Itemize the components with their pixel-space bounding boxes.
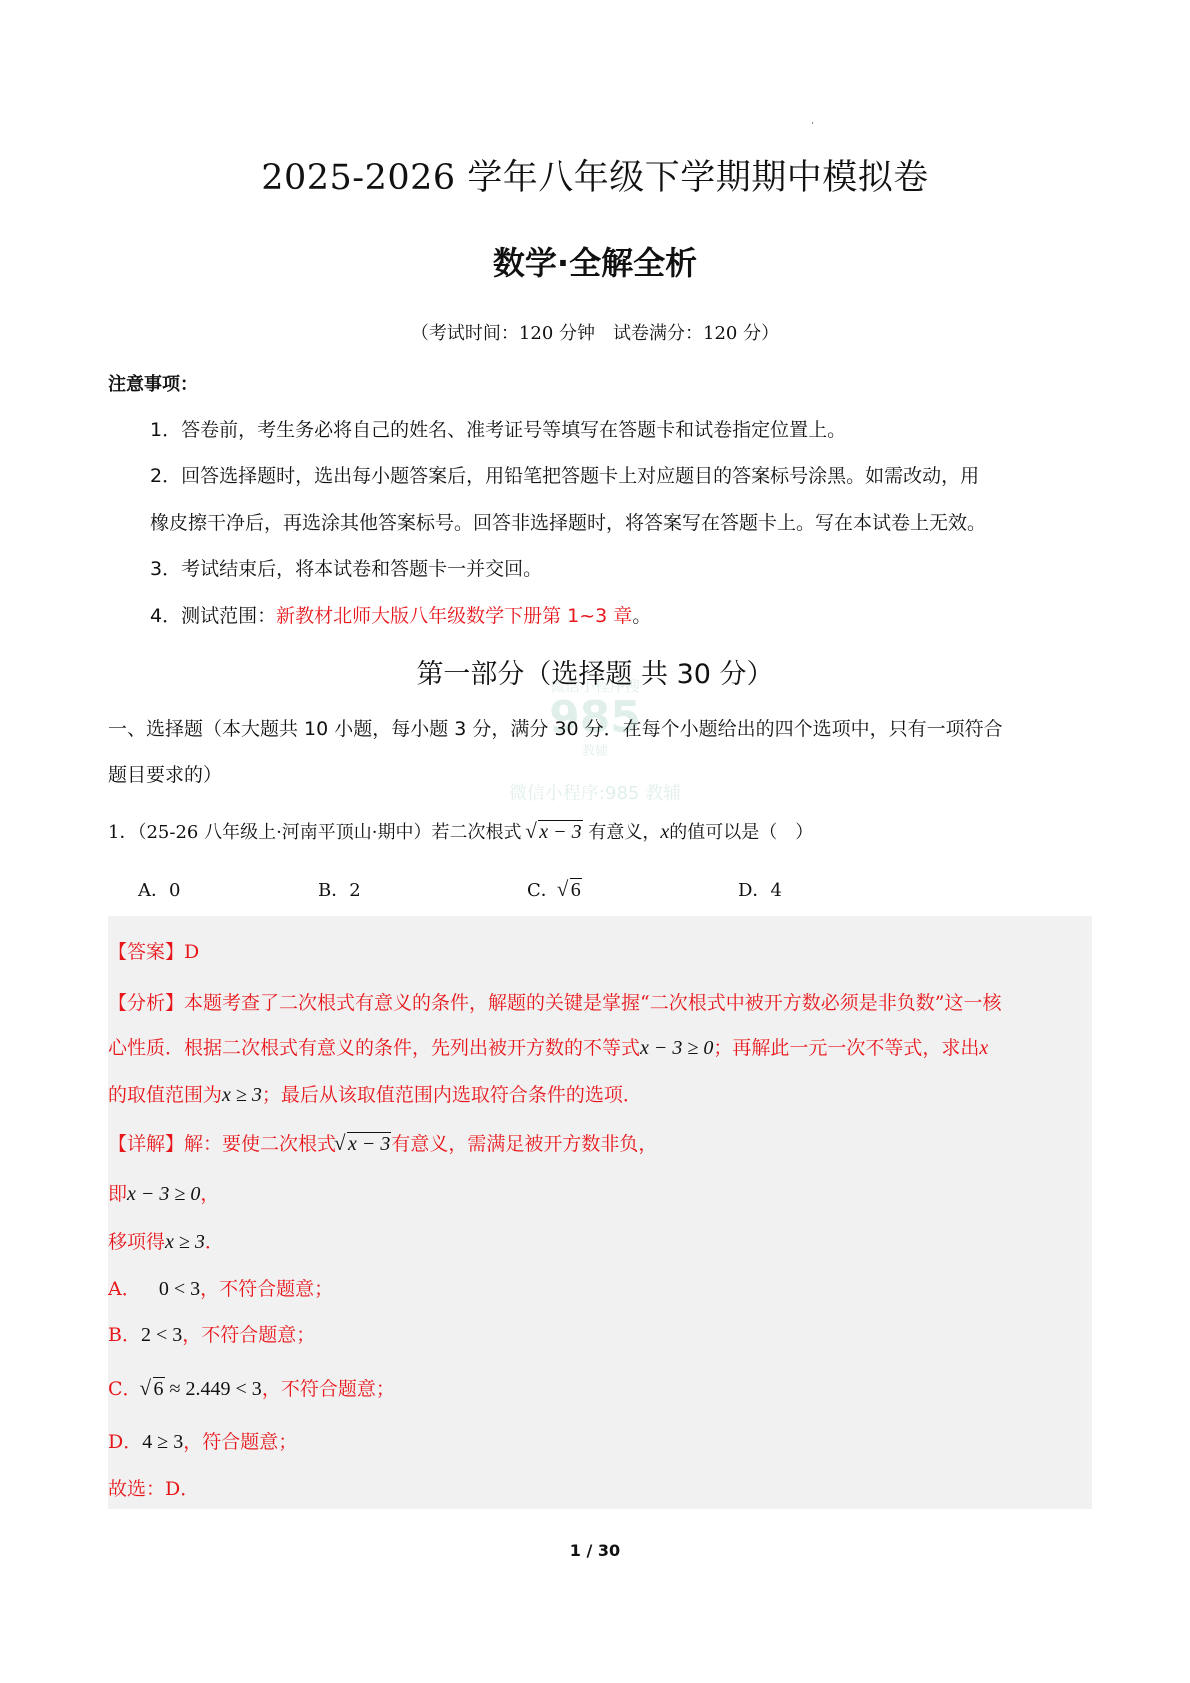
notice-heading: 注意事项： [108, 370, 198, 396]
variable-x: x [979, 1037, 988, 1059]
step-2-a: 移项得 [108, 1231, 165, 1253]
watermark: 微信小程序搜 985 教辅 微信小程序:985 教辅 [480, 675, 710, 835]
check-c: C．6 ≈ 2.449 < 3，不符合题意； [108, 1374, 395, 1401]
answer-value: D [184, 941, 199, 963]
check-b: B．2 < 3，不符合题意； [108, 1320, 315, 1347]
notice-item-4-prefix: 4．测试范围： [150, 605, 276, 627]
check-d-text: ，符合题意； [183, 1431, 297, 1453]
section-heading: 第一部分（选择题 共 30 分） [0, 652, 1190, 691]
check-c-math: ≈ 2.449 < 3 [165, 1378, 262, 1400]
check-c-label: C． [108, 1378, 142, 1400]
option-d-label: D． [738, 880, 770, 901]
check-d: D．4 ≥ 3，符合题意； [108, 1427, 297, 1454]
check-b-math: 2 < 3 [141, 1324, 182, 1346]
sqrt-6: 6 [559, 879, 582, 902]
section-intro-line2: 题目要求的） [108, 760, 222, 787]
analysis-line-3: 的取值范围为x ≥ 3；最后从该取值范围内选取符合条件的选项． [108, 1080, 642, 1107]
sqrt-expression: x − 3 [527, 821, 582, 844]
check-d-label: D． [108, 1431, 142, 1453]
detail-line: 【详解】解：要使二次根式x − 3有意义，需满足被开方数非负， [108, 1129, 657, 1156]
sqrt-expression: x − 3 [336, 1133, 391, 1156]
step-2-b: ． [205, 1231, 224, 1253]
analysis-tag: 【分析】 [108, 992, 184, 1014]
sqrt-6: 6 [142, 1378, 165, 1401]
check-b-text: ，不符合题意； [182, 1324, 315, 1346]
question-1-prefix: 1．（25-26 八年级上·河南平顶山·期中）若二次根式 [108, 822, 522, 843]
check-a: A． 0 < 3，不符合题意； [108, 1274, 333, 1301]
test-scope-highlight: 新教材北师大版八年级数学下册第 1~3 章 [276, 605, 632, 627]
detail-text-a: 解：要使二次根式 [184, 1133, 336, 1155]
check-c-text: ，不符合题意； [262, 1378, 395, 1400]
stray-mark [812, 122, 813, 124]
exam-info: （考试时间：120 分钟 试卷满分：120 分） [0, 319, 1190, 345]
watermark-line4: 微信小程序:985 教辅 [480, 779, 710, 805]
notice-item-4-suffix: 。 [632, 605, 651, 627]
step-1-b: ， [200, 1183, 219, 1205]
option-c-label: C． [527, 880, 559, 901]
radicand: 6 [153, 1377, 165, 1400]
option-b-label: B． [318, 880, 349, 901]
analysis-text-3a: 的取值范围为 [108, 1084, 222, 1106]
notice-item-3: 3．考试结束后，将本试卷和答题卡一并交回。 [150, 554, 542, 581]
check-b-label: B． [108, 1324, 141, 1346]
analysis-line-2: 心性质．根据二次根式有意义的条件，先列出被开方数的不等式x − 3 ≥ 0；再解… [108, 1033, 988, 1060]
radicand: x − 3 [538, 820, 582, 843]
question-1-suffix: 的值可以是（ ） [669, 822, 813, 843]
option-c: C．6 [527, 876, 582, 902]
inequality: x − 3 ≥ 0 [127, 1183, 200, 1205]
option-d: D．4 [738, 876, 782, 902]
analysis-text-2a: 心性质．根据二次根式有意义的条件，先列出被开方数的不等式 [108, 1037, 640, 1059]
option-c-value: 6 [570, 878, 582, 901]
check-a-text: ，不符合题意； [200, 1278, 333, 1300]
notice-item-4: 4．测试范围：新教材北师大版八年级数学下册第 1~3 章。 [150, 601, 651, 628]
document-title: 2025-2026 学年八年级下学期期中模拟卷 [0, 150, 1190, 200]
option-a: A．0 [138, 876, 180, 902]
check-a-math: 0 < 3 [159, 1278, 200, 1300]
analysis-line-1: 【分析】本题考查了二次根式有意义的条件，解题的关键是掌握“二次根式中被开方数必须… [108, 988, 1001, 1015]
step-2: 移项得x ≥ 3． [108, 1227, 224, 1254]
detail-tag: 【详解】 [108, 1133, 184, 1155]
inequality: x ≥ 3 [165, 1231, 205, 1253]
answer-line: 【答案】D [108, 937, 199, 964]
inequality: x ≥ 3 [222, 1084, 262, 1106]
step-1-a: 即 [108, 1183, 127, 1205]
option-b: B．2 [318, 876, 361, 902]
option-d-value: 4 [770, 880, 781, 901]
question-1: 1．（25-26 八年级上·河南平顶山·期中）若二次根式 x − 3 有意义，x… [108, 818, 813, 844]
answer-tag: 【答案】 [108, 941, 184, 963]
check-d-math: 4 ≥ 3 [142, 1431, 183, 1453]
analysis-text-2b: ；再解此一元一次不等式，求出 [713, 1037, 979, 1059]
radicand: x − 3 [347, 1132, 391, 1155]
check-a-label: A． [108, 1278, 141, 1300]
notice-item-1: 1．答卷前，考生务必将自己的姓名、准考证号等填写在答题卡和试卷指定位置上。 [150, 415, 846, 442]
step-1: 即x − 3 ≥ 0， [108, 1179, 219, 1206]
document-subtitle: 数学·全解全析 [0, 238, 1190, 284]
notice-item-2: 2．回答选择题时，选出每小题答案后，用铅笔把答题卡上对应题目的答案标号涂黑。如需… [150, 461, 979, 488]
section-intro-line1: 一、选择题（本大题共 10 小题，每小题 3 分，满分 30 分．在每个小题给出… [108, 714, 1003, 741]
option-a-label: A． [138, 880, 169, 901]
page-number: 1 / 30 [0, 1541, 1190, 1560]
inequality: x − 3 ≥ 0 [640, 1037, 713, 1059]
detail-text-b: 有意义，需满足被开方数非负， [391, 1133, 657, 1155]
analysis-text-3b: ；最后从该取值范围内选取符合条件的选项． [262, 1084, 642, 1106]
conclusion: 故选：D． [108, 1474, 199, 1501]
variable-x: x [660, 821, 669, 843]
option-a-value: 0 [169, 880, 180, 901]
watermark-line3: 教辅 [480, 740, 710, 759]
notice-item-2-cont: 橡皮擦干净后，再选涂其他答案标号。回答非选择题时，将答案写在答题卡上。写在本试卷… [150, 508, 986, 535]
question-1-middle: 有意义， [588, 822, 660, 843]
analysis-text-1: 本题考查了二次根式有意义的条件，解题的关键是掌握“二次根式中被开方数必须是非负数… [184, 992, 1001, 1014]
option-b-value: 2 [349, 880, 360, 901]
